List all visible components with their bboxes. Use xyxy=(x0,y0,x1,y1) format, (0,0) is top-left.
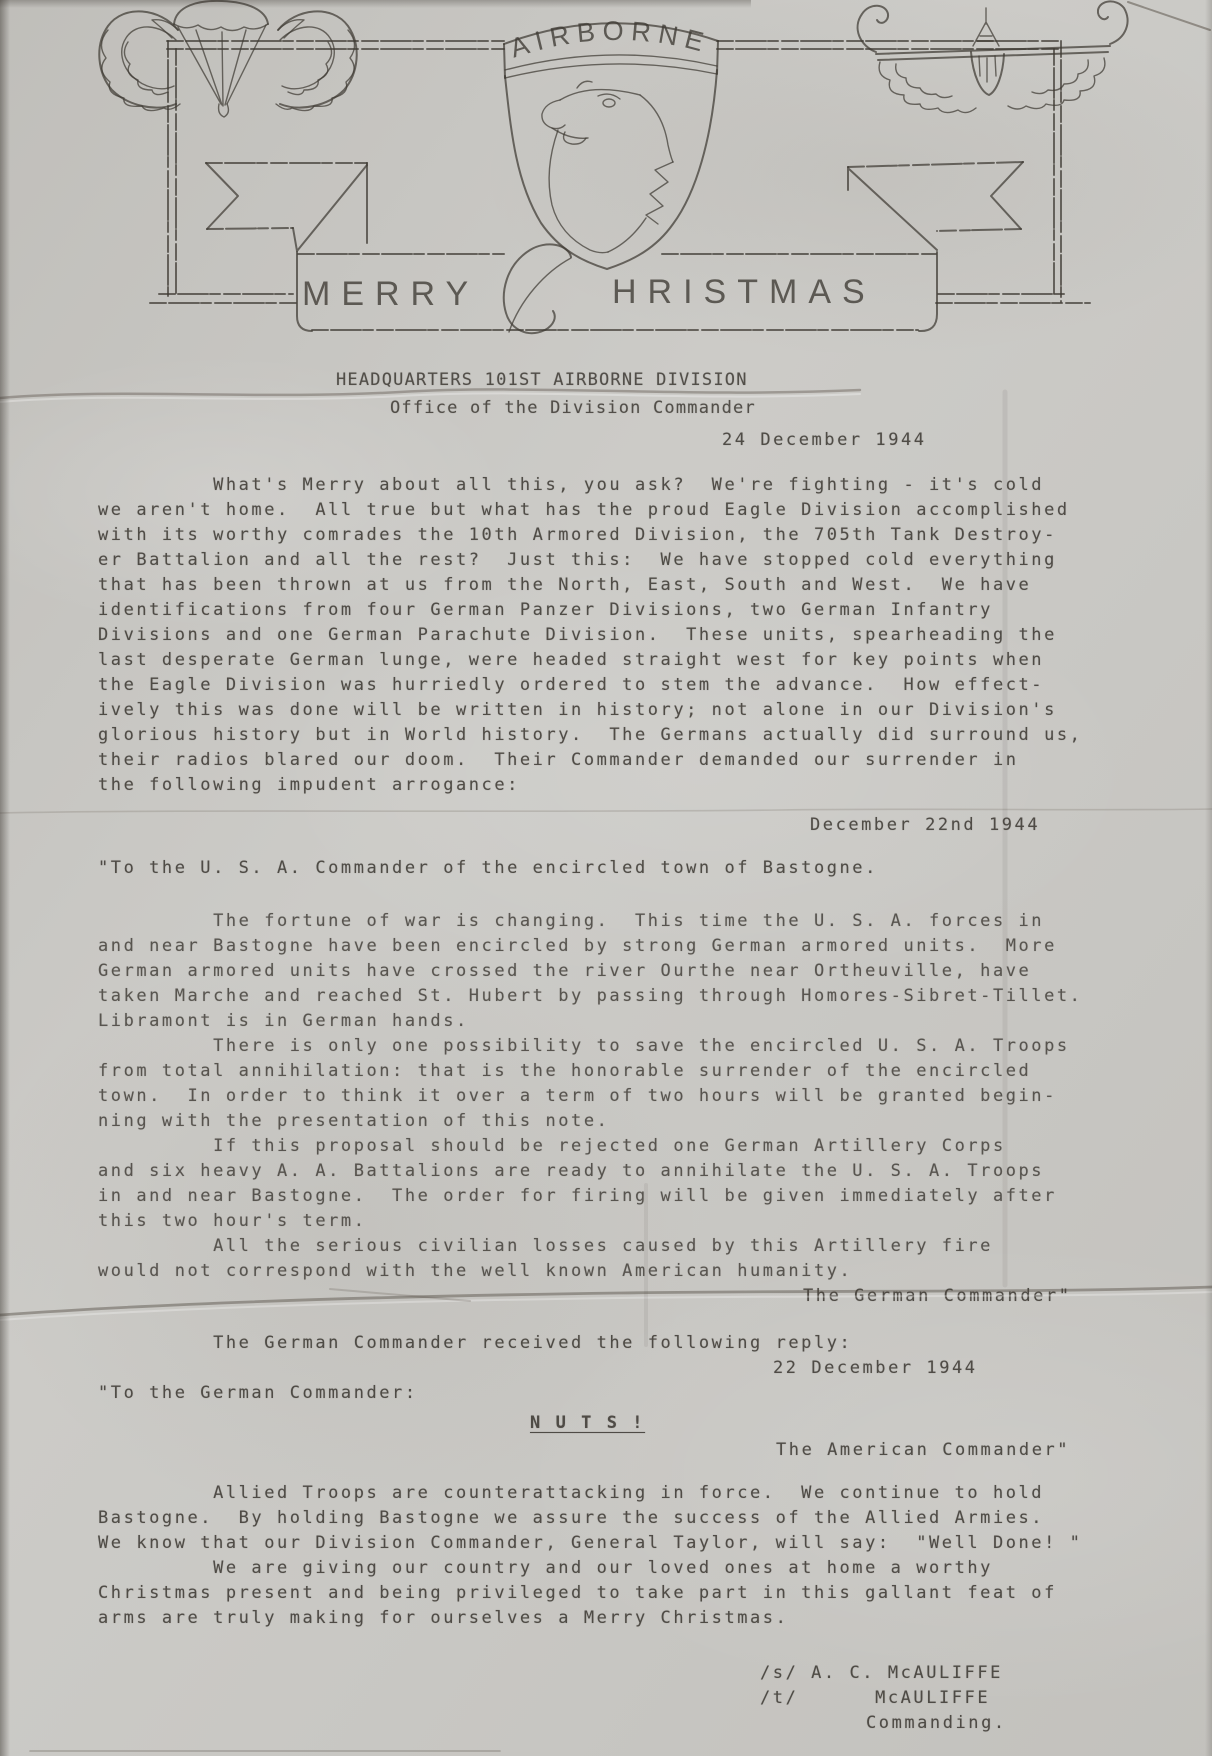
type-line: from total annihilation: that is the hon… xyxy=(98,1059,1082,1084)
letterhead-unit: HEADQUARTERS 101ST AIRBORNE DIVISION xyxy=(336,366,756,394)
type-line: Christmas present and being privileged t… xyxy=(98,1581,1082,1606)
letterhead-office: Office of the Division Commander xyxy=(390,394,756,422)
type-line: ively this was done will be written in h… xyxy=(98,698,1082,723)
reply-intro: The German Commander received the follow… xyxy=(98,1331,1082,1356)
type-line: this two hour's term. xyxy=(98,1209,1082,1234)
nuts-reply: N U T S ! xyxy=(530,1411,1082,1436)
signature-typed: /t/ McAULIFFE xyxy=(760,1686,1082,1711)
type-line: with its worthy comrades the 10th Armore… xyxy=(98,523,1082,548)
type-line: and near Bastogne have been encircled by… xyxy=(98,934,1082,959)
type-line: Allied Troops are counterattacking in fo… xyxy=(98,1481,1082,1506)
type-line: identifications from four German Panzer … xyxy=(98,598,1082,623)
letter-date: 24 December 1944 xyxy=(722,428,1082,453)
type-line: ning with the presentation of this note. xyxy=(98,1109,1082,1134)
paragraph-closing: Allied Troops are counterattacking in fo… xyxy=(98,1481,1082,1631)
type-line: The fortune of war is changing. This tim… xyxy=(98,909,1082,934)
type-line: their radios blared our doom. Their Comm… xyxy=(98,748,1082,773)
type-line: German armored units have crossed the ri… xyxy=(98,959,1082,984)
airborne-tab-label: AIRBORNE xyxy=(507,16,714,64)
german-commander-signature: The German Commander" xyxy=(803,1284,1082,1309)
ultimatum-date: December 22nd 1944 xyxy=(810,813,1082,838)
type-line: taken Marche and reached St. Hubert by p… xyxy=(98,984,1082,1009)
ultimatum-address: "To the U. S. A. Commander of the encirc… xyxy=(98,856,1082,881)
letterhead: HEADQUARTERS 101ST AIRBORNE DIVISION Off… xyxy=(98,366,756,422)
glider-wings-badge xyxy=(858,1,1128,112)
airborne-tab-text: AIRBORNE xyxy=(507,16,714,64)
type-line: All the serious civilian losses caused b… xyxy=(98,1234,1082,1259)
paragraph-ultimatum: The fortune of war is changing. This tim… xyxy=(98,909,1082,1284)
type-line: If this proposal should be rejected one … xyxy=(98,1134,1082,1159)
type-line: Libramont is in German hands. xyxy=(98,1009,1082,1034)
type-line: There is only one possibility to save th… xyxy=(98,1034,1082,1059)
letter-body: 24 December 1944 What's Merry about all … xyxy=(98,428,1082,1736)
type-line: Divisions and one German Parachute Divis… xyxy=(98,623,1082,648)
signature-role: Commanding. xyxy=(866,1711,1082,1736)
type-line: Bastogne. By holding Bastogne we assure … xyxy=(98,1506,1082,1531)
banner-word-hristmas: HRISTMAS xyxy=(612,273,876,311)
parachutist-wings-badge xyxy=(99,1,356,117)
type-line: What's Merry about all this, you ask? We… xyxy=(98,473,1082,498)
header-artwork: AIRBORNE xyxy=(0,0,1212,348)
type-line: We are giving our country and our loved … xyxy=(98,1556,1082,1581)
type-line: we aren't home. All true but what has th… xyxy=(98,498,1082,523)
type-line: would not correspond with the well known… xyxy=(98,1259,1082,1284)
letter-page: AIRBORNE xyxy=(0,0,1212,1756)
type-line: that has been thrown at us from the Nort… xyxy=(98,573,1082,598)
type-line: town. In order to think it over a term o… xyxy=(98,1084,1082,1109)
type-line: er Battalion and all the rest? Just this… xyxy=(98,548,1082,573)
paragraph-intro: What's Merry about all this, you ask? We… xyxy=(98,473,1082,798)
type-line: glorious history but in World history. T… xyxy=(98,723,1082,748)
merry-christmas-banner: MERRY HRISTMAS xyxy=(206,162,1023,333)
screaming-eagle-shield xyxy=(505,70,717,269)
type-line: We know that our Division Commander, Gen… xyxy=(98,1531,1082,1556)
type-line: the Eagle Division was hurriedly ordered… xyxy=(98,673,1082,698)
type-line: last desperate German lunge, were headed… xyxy=(98,648,1082,673)
reply-address: "To the German Commander: xyxy=(98,1381,1082,1406)
type-line: arms are truly making for ourselves a Me… xyxy=(98,1606,1082,1631)
eagle-eye xyxy=(603,99,615,107)
reply-date: 22 December 1944 xyxy=(773,1356,1082,1381)
american-commander-signature: The American Commander" xyxy=(776,1438,1082,1463)
type-line: the following impudent arrogance: xyxy=(98,773,1082,798)
type-line: in and near Bastogne. The order for firi… xyxy=(98,1184,1082,1209)
airborne-tab: AIRBORNE xyxy=(504,16,718,78)
type-line: and six heavy A. A. Battalions are ready… xyxy=(98,1159,1082,1184)
banner-word-merry: MERRY xyxy=(302,275,479,313)
signature-signed: /s/ A. C. McAULIFFE xyxy=(760,1661,1082,1686)
